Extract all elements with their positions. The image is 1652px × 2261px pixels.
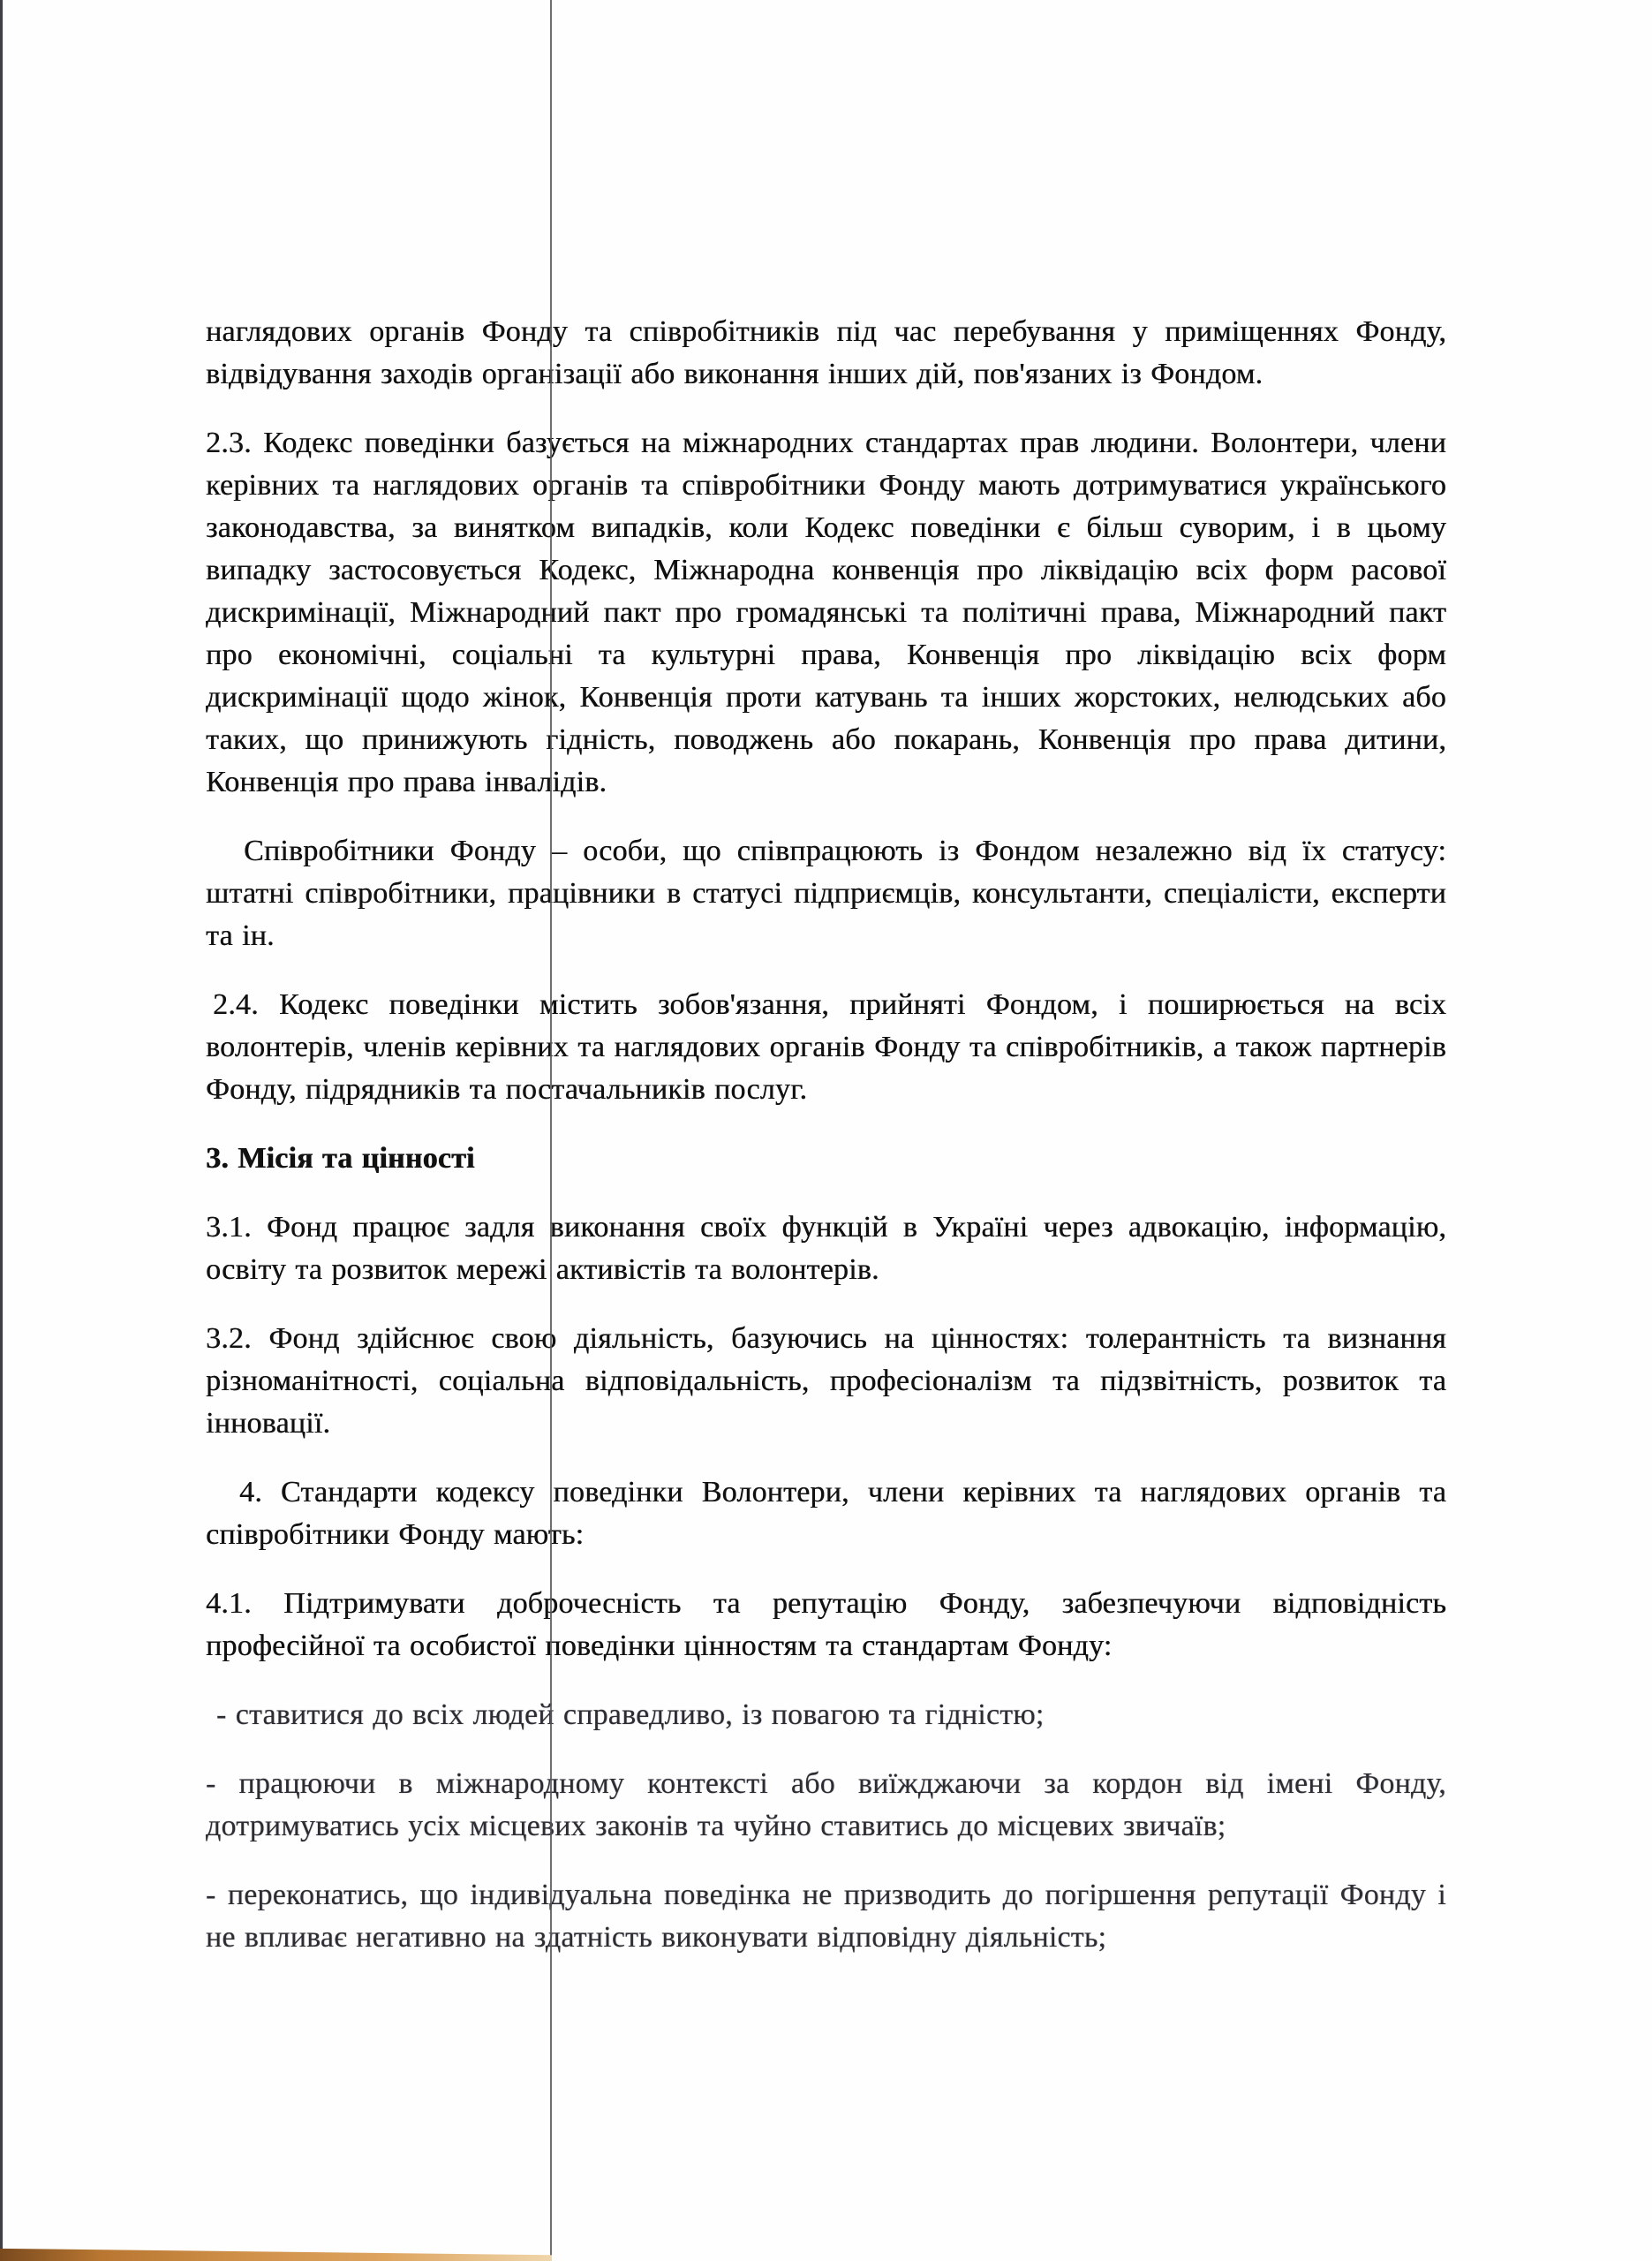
paragraph: 2.4. Кодекс поведінки містить зобов'язан…	[206, 984, 1446, 1111]
paragraph: 4.1. Підтримувати доброчесність та репут…	[206, 1583, 1446, 1667]
paragraph: наглядових органів Фонду та співробітник…	[206, 311, 1446, 396]
text-block: наглядових органів Фонду та співробітник…	[206, 311, 1446, 1985]
paragraph: Співробітники Фонду – особи, що співпрац…	[206, 830, 1446, 957]
paragraph: 3.1. Фонд працює задля виконання своїх ф…	[206, 1206, 1446, 1291]
bullet-item: - ставитися до всіх людей справедливо, і…	[206, 1694, 1446, 1736]
scan-left-edge-line	[0, 0, 3, 2261]
paragraph: 3.2. Фонд здійснює свою діяльність, базу…	[206, 1318, 1446, 1445]
paragraph: 2.3. Кодекс поведінки базується на міжна…	[206, 422, 1446, 804]
paragraph: 4. Стандарти кодексу поведінки Волонтери…	[206, 1471, 1446, 1556]
bullet-item: - працюючи в міжнародному контексті або …	[206, 1763, 1446, 1848]
section-heading: 3. Місія та цінності	[206, 1138, 1446, 1180]
desk-edge-strip	[0, 2247, 552, 2261]
bullet-item: - переконатись, що індивідуальна поведін…	[206, 1874, 1446, 1959]
scan-fold-line	[550, 0, 552, 2261]
document-page: наглядових органів Фонду та співробітник…	[0, 0, 1652, 2261]
